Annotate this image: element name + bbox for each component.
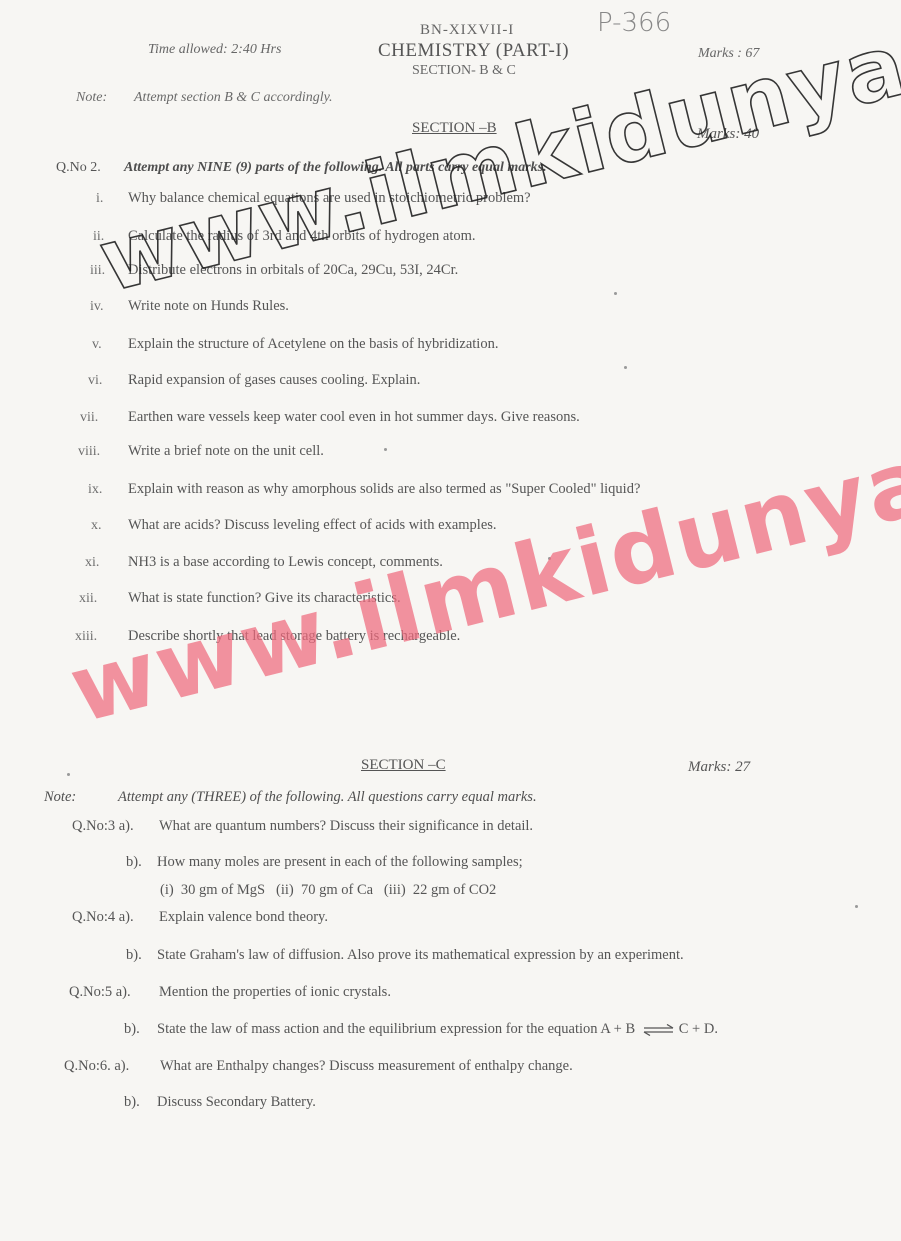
item-number: vii. [80,410,128,426]
q5-b-text: State the law of mass action and the equ… [157,1021,635,1037]
section-c-marks: Marks: 27 [688,759,750,776]
q3-part-b: b).How many moles are present in each of… [126,854,523,871]
q4-a-text: Explain valence bond theory. [159,909,328,925]
section-b-item: viii.Write a brief note on the unit cell… [78,443,324,460]
q3-b-samples: (i) 30 gm of MgS (ii) 70 gm of Ca (iii) … [160,882,496,899]
q3-a-text: What are quantum numbers? Discuss their … [159,818,533,834]
q5-b-label: b). [124,1021,157,1038]
note-label: Note: [76,90,134,106]
note-text: Attempt section B & C accordingly. [134,90,333,105]
equilibrium-arrow-icon [643,1024,675,1036]
section-c-note-label: Note: [44,789,118,806]
q6-part-b: b).Discuss Secondary Battery. [124,1094,316,1111]
q3-b-label: b). [126,854,157,871]
q3-label: Q.No:3 a). [72,818,159,835]
paper-sections: SECTION- B & C [412,63,516,79]
item-text: Explain the structure of Acetylene on th… [128,336,498,352]
q5-part-a: Q.No:5 a).Mention the properties of ioni… [69,984,391,1001]
item-text: Rapid expansion of gases causes cooling.… [128,372,420,388]
q6-a-text: What are Enthalpy changes? Discuss measu… [160,1058,573,1074]
section-b-item: x.What are acids? Discuss leveling effec… [91,517,497,534]
q3-b-text: How many moles are present in each of th… [157,854,523,870]
q6-b-label: b). [124,1094,157,1111]
q3-part-a: Q.No:3 a).What are quantum numbers? Disc… [72,818,533,835]
q6-b-text: Discuss Secondary Battery. [157,1094,316,1110]
section-c-note: Note:Attempt any (THREE) of the followin… [44,789,537,806]
handwritten-paper-code: P-366 [597,8,671,38]
item-text: What are acids? Discuss leveling effect … [128,517,497,533]
q5-b-products: C + D. [679,1021,718,1037]
item-number: vi. [88,373,128,389]
scan-speck [614,292,617,295]
item-text: Write a brief note on the unit cell. [128,443,324,459]
paper-title: CHEMISTRY (PART-I) [378,40,569,62]
q4-part-b: b).State Graham's law of diffusion. Also… [126,947,684,964]
q2-label: Q.No 2. [56,160,124,176]
q6-label: Q.No:6. a). [64,1058,160,1075]
item-number: x. [91,518,128,534]
scan-speck [67,773,70,776]
q4-b-text: State Graham's law of diffusion. Also pr… [157,947,684,963]
section-b-item: vii.Earthen ware vessels keep water cool… [80,409,580,426]
item-number: i. [96,191,128,207]
scan-speck [855,905,858,908]
q4-part-a: Q.No:4 a).Explain valence bond theory. [72,909,328,926]
item-number: v. [92,337,128,353]
section-b-item: vi.Rapid expansion of gases causes cooli… [88,372,420,389]
q4-b-label: b). [126,947,157,964]
q4-label: Q.No:4 a). [72,909,159,926]
section-b-item: ix.Explain with reason as why amorphous … [88,481,640,498]
section-c-instruction: Attempt any (THREE) of the following. Al… [118,789,537,805]
item-number: viii. [78,444,128,460]
scan-speck [624,366,627,369]
section-b-item: v.Explain the structure of Acetylene on … [92,336,498,353]
item-number: xii. [79,591,128,607]
item-text: Earthen ware vessels keep water cool eve… [128,409,580,425]
item-text: Explain with reason as why amorphous sol… [128,481,640,497]
general-note: Note:Attempt section B & C accordingly. [76,90,333,106]
scan-speck [384,448,387,451]
time-allowed: Time allowed: 2:40 Hrs [148,42,281,58]
section-c-title: SECTION –C [361,757,446,774]
q5-part-b: b).State the law of mass action and the … [124,1021,718,1038]
q5-a-text: Mention the properties of ionic crystals… [159,984,391,1000]
q6-part-a: Q.No:6. a).What are Enthalpy changes? Di… [64,1058,573,1075]
item-number: ix. [88,482,128,498]
item-number: xi. [85,555,128,571]
paper-code: BN-XIXVII-I [420,22,514,39]
q5-label: Q.No:5 a). [69,984,159,1001]
